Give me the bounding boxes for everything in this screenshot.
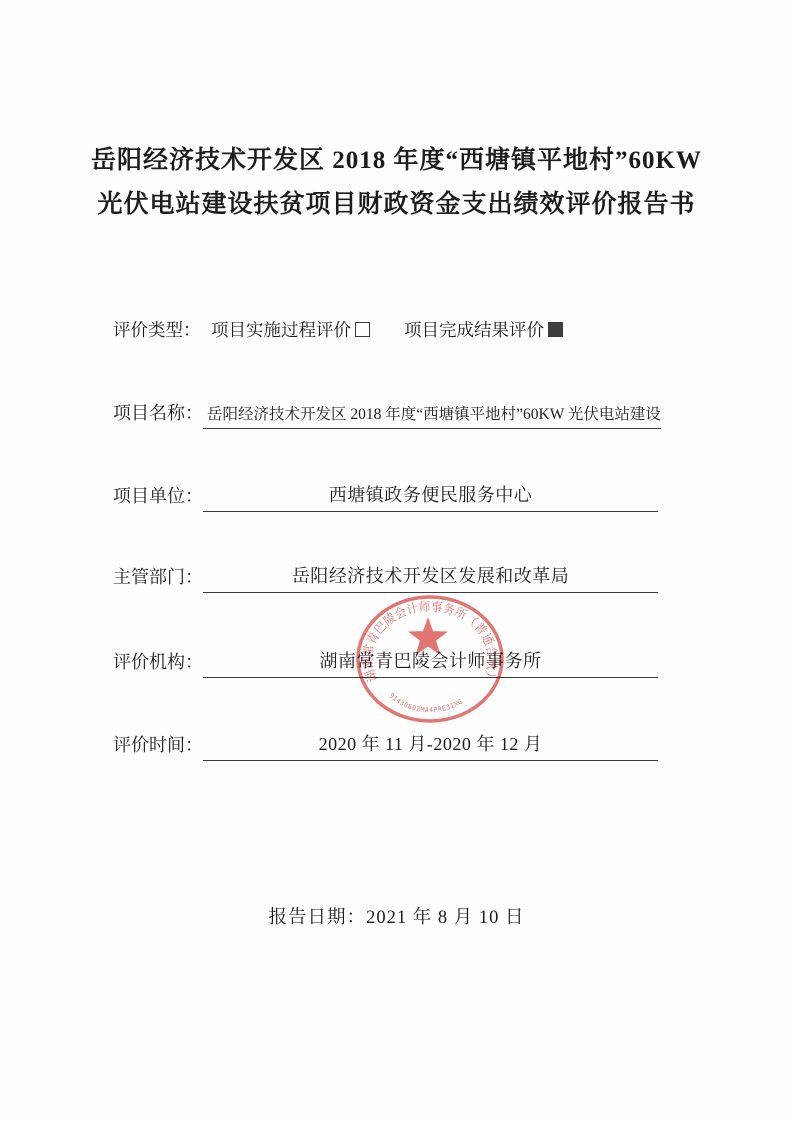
evaluation-organization-label: 评价机构： [113,648,203,678]
checkbox-unchecked-icon [355,322,370,337]
evaluation-type-row: 评价类型： 项目实施过程评价 项目完成结果评价 [113,317,563,342]
field-row-project-unit: 项目单位： 西塘镇政务便民服务中心 [113,481,658,512]
evaluation-option-result: 项目完成结果评价 [404,317,563,342]
evaluation-time-label: 评价时间： [113,731,203,761]
evaluation-organization-value: 湖南常青巴陵会计师事务所 [203,647,658,678]
report-title-line2: 光伏电站建设扶贫项目财政资金支出绩效评价报告书 [0,183,793,227]
report-date-label: 报告日期： [269,908,367,928]
project-name-value: 岳阳经济技术开发区 2018 年度“西塘镇平地村”60KW 光伏电站建设 [203,402,661,429]
report-title-line1: 岳阳经济技术开发区 2018 年度“西塘镇平地村”60KW [0,139,793,183]
field-row-evaluation-organization: 评价机构： 湖南常青巴陵会计师事务所 [113,647,658,678]
evaluation-time-value: 2020 年 11 月-2020 年 12 月 [203,730,658,761]
report-date-row: 报告日期：2021 年 8 月 10 日 [0,903,793,929]
report-date-value: 2021 年 8 月 10 日 [366,908,524,928]
field-row-evaluation-time: 评价时间： 2020 年 11 月-2020 年 12 月 [113,730,658,761]
project-unit-label: 项目单位： [113,482,203,512]
seal-code-text: 91430602MA4PRE31XG [388,692,465,715]
seal-code-arc: 91430602MA4PRE31XG [388,692,465,715]
report-title: 岳阳经济技术开发区 2018 年度“西塘镇平地村”60KW 光伏电站建设扶贫项目… [0,139,793,227]
evaluation-option-result-label: 项目完成结果评价 [404,317,544,342]
report-cover-page: 岳阳经济技术开发区 2018 年度“西塘镇平地村”60KW 光伏电站建设扶贫项目… [0,0,793,1121]
field-row-competent-department: 主管部门： 岳阳经济技术开发区发展和改革局 [113,562,658,593]
competent-department-label: 主管部门： [113,563,203,593]
project-unit-value: 西塘镇政务便民服务中心 [203,481,658,512]
evaluation-type-label: 评价类型： [113,317,203,342]
checkbox-checked-icon [548,322,563,337]
field-row-project-name: 项目名称： 岳阳经济技术开发区 2018 年度“西塘镇平地村”60KW 光伏电站… [113,399,658,429]
project-name-label: 项目名称： [113,399,203,429]
evaluation-option-process: 项目实施过程评价 [211,317,370,342]
competent-department-value: 岳阳经济技术开发区发展和改革局 [203,562,658,593]
evaluation-option-process-label: 项目实施过程评价 [211,317,351,342]
